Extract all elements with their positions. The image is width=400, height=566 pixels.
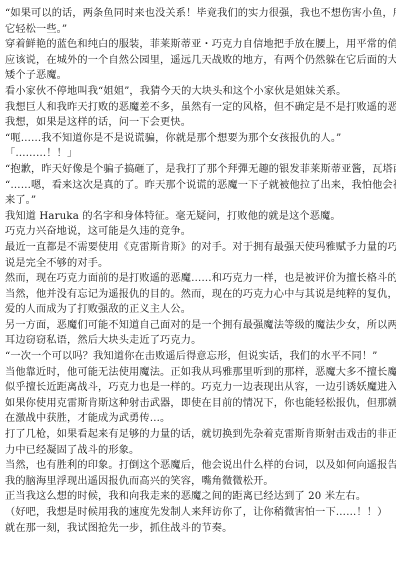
text-line: “一次一个可以吗？我知道你在击败遥后得意忘形，但说实话，我们的水平不同！”: [5, 349, 396, 365]
text-line: 「………！！」: [5, 146, 396, 162]
text-line: 我想，如果是这样的话，问一下会更快。: [5, 115, 396, 131]
text-line: “呃……我不知道你是不是说谎骗，你就是那个想要为那个女孩报仇的人。”: [5, 131, 396, 147]
text-line: 耳边窃窃私语，然后大块头走近了巧克力。: [5, 333, 396, 349]
text-line: 当然，他并没有忘记为遥报仇的目的。然而，现在的巧克力心中与其说是纯粹的复仇，不如…: [5, 287, 396, 303]
text-line: 我的脑海里浮现出遥因报仇而高兴的笑容，嘴角微微松开。: [5, 474, 396, 490]
text-line: 穿着鲜艳的蓝色和纯白的服装，菲莱斯蒂亚・巧克力自信地把手放在腰上，用平常的俏皮话…: [5, 37, 396, 53]
text-line: “……嗯，看来这次是真的了。昨天那个说谎的恶魔一下子就被他拉了出来，我怕他会被吓…: [5, 178, 396, 194]
text-line: 然而，现在巧克力面前的是打败遥的恶魔……和巧克力一样，也是被评价为擅长格斗的对手…: [5, 271, 396, 287]
text-line: 如果你使用克雷斯肯斯这种射击武器，即使在目前的情况下，你也能轻松报仇，但那就不好…: [5, 396, 396, 412]
text-line: 它轻松一些。”: [5, 22, 396, 38]
text-line: 就在那一刻，我试图抢先一步，抓住战斗的节奏。: [5, 521, 396, 537]
text-line: 正当我这么想的时候，我和向我走来的恶魔之间的距离已经达到了 20 米左右。: [5, 489, 396, 505]
text-line: 在激战中获胜，才能成为武勇传…。: [5, 411, 396, 427]
text-line: 来了。”: [5, 193, 396, 209]
text-line: 当他靠近时，他可能无法使用魔法。正如我从玛雅那里听到的那样，恶魔大多不擅长魔法。: [5, 365, 396, 381]
text-line: 我知道 Haruka 的名字和身体特征。毫无疑问，打败他的就是这个恶魔。: [5, 209, 396, 225]
text-line: （好吧，我想是时候用我的速度先发制人来拜访你了，让你稍微害怕一下……！！）: [5, 505, 396, 521]
text-line: 另一方面，恶魔们可能不知道自己面对的是一个拥有最强魔法等级的魔法少女，所以两人微…: [5, 318, 396, 334]
text-line: 应该说，在城外的一个自然公园里，遥远几天战败的地方，有两个仍然躲在它后面的大个子…: [5, 53, 396, 69]
text-line: 说是完全不够的对手。: [5, 256, 396, 272]
text-line: 最近一直都是不需要使用《克雷斯肯斯》的对手。对于拥有最强天使玛雅赋予力量的巧克力…: [5, 240, 396, 256]
text-line: 爱的人而成为了打败强敌的正义主人公。: [5, 302, 396, 318]
text-line: 看小家伙不停地叫我“姐姐”，我猜今天的大块头和这个小家伙是姐妹关系。: [5, 84, 396, 100]
text-line: 我想巨人和我昨天打败的恶魔差不多，虽然有一定的风格，但不确定是不是打败遥的恶魔。: [5, 100, 396, 116]
text-line: 打了几枪，如果看起来有足够的力量的话，就切换到先杂着克雷斯肯斯射击戏击的非正规战…: [5, 427, 396, 443]
text-line: “如果可以的话，两条鱼同时来也没关系！毕竟我们的实力很强，我也不想伤害小鱼，所以…: [5, 6, 396, 22]
document-page: “如果可以的话，两条鱼同时来也没关系！毕竟我们的实力很强，我也不想伤害小鱼，所以…: [0, 0, 400, 566]
text-line: 矮个子恶魔。: [5, 68, 396, 84]
text-line: 巧克力兴奋地说，这可能是久违的竞争。: [5, 224, 396, 240]
text-line: 力中已经凝固了战斗的形象。: [5, 443, 396, 459]
text-line: “抱歉，昨天好像是个骗子搞砸了，是我打了那个拜彈无趣的银发菲莱斯蒂亚酱，瓦塔西❤…: [5, 162, 396, 178]
text-line: 似乎擅长近距离战斗，巧克力也是一样的。巧克力一边表现出从容，一边引诱妖魔进入自己…: [5, 380, 396, 396]
text-line: 当然，也有胜利的印象。打倒这个恶魔后，他会说出什么样的台词，以及如何向遥报告……: [5, 458, 396, 474]
